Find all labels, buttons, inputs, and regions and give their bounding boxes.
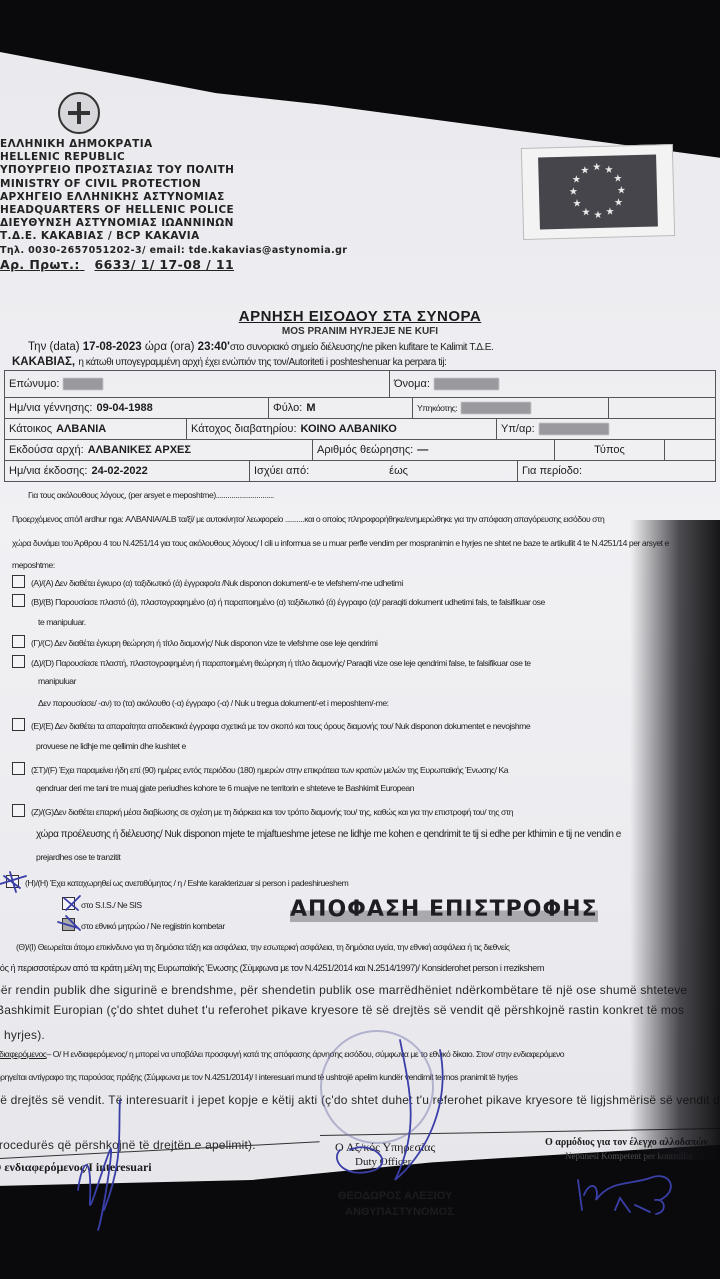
reason-text: (Δ)/(D) Παρουσίασε πλαστή, πλαστογραφημέ… <box>31 658 531 668</box>
sex-cell: Φύλο:M <box>269 398 413 418</box>
reason-text: (Β)/(Β) Παρουσίασε πλαστό (ά), πλαστογρα… <box>31 597 545 607</box>
appeal-label: Ενδιαφερόμενος <box>0 1049 46 1059</box>
passport-number-label: Υπ/αρ: <box>501 423 535 435</box>
reason-text: (ΣΤ)/(F) Έχει παραμείνει ήδη επί (90) ημ… <box>31 765 508 775</box>
star-icon: ★ <box>581 208 590 218</box>
theta-line-4: Bashkimit Europian (ç'do shtet duhet t'u… <box>0 1003 684 1017</box>
checkbox[interactable] <box>12 804 25 817</box>
reason-text: (Ζ)/(G)Δεν διαθέτει επαρκή μέσα διαβίωση… <box>31 807 513 817</box>
responsible-officer-gr: Ο αρμόδιος για τον έλεγχο αλλοδαπών <box>545 1137 708 1148</box>
star-icon: ★ <box>572 175 581 185</box>
origin-line: Προερχόμενος από/I ardhur nga: ΑΛΒΑΝΙΑ/A… <box>12 514 604 524</box>
eu-flag-icon: ★★★★★★★★★★★★ <box>521 144 675 240</box>
reason-g-cont: χώρα προέλευσης ή διέλευσης/ Nuk dispono… <box>36 829 621 840</box>
not-submitted-line: Δεν παρουσίασε/ -αν) το (τα) ακόλουθο (-… <box>38 698 389 708</box>
intro-text: Την (data) 17-08-2023 ώρα (ora) 23:40'στ… <box>12 340 712 370</box>
police-stamp <box>320 1030 434 1144</box>
reason-b-cont: te manipuluar. <box>38 617 86 627</box>
return-decision-heading: ΑΠΟΦΑΣΗ ΕΠΙΣΤΡΟΦΗΣ <box>290 897 598 922</box>
resident-label: Κάτοικος <box>9 423 52 435</box>
sub-reason-sis[interactable]: στο S.I.S./ Ne SIS <box>62 895 142 913</box>
surname-cell: Επώνυμο: <box>5 371 390 397</box>
table-row: Εκδούσα αρχή:ΑΛΒΑΝΙΚΕΣ ΑΡΧΕΣ Αριθμός θεώ… <box>4 440 716 461</box>
passport-holder-label: Κάτοχος διαβατηρίου: <box>191 423 297 435</box>
person-details-table: Επώνυμο: Όνομα: Ημ/νια γέννησης:09-04-19… <box>4 370 716 482</box>
theta-line-5: hyrjes). <box>4 1028 45 1042</box>
visa-number-label: Αριθμός θεώρησης: <box>317 444 413 456</box>
dob-cell: Ημ/νια γέννησης:09-04-1988 <box>5 398 269 418</box>
star-icon: ★ <box>580 166 589 176</box>
star-icon: ★ <box>605 207 614 217</box>
name-cell: Όνομα: <box>390 371 715 397</box>
sub-reason-text: στο S.I.S./ Ne SIS <box>81 900 142 910</box>
visa-number-cell: Αριθμός θεώρησης:— <box>313 440 555 460</box>
appeal-text: – Ο/ Η ενδιαφερόμενος/ η μπορεί να υποβά… <box>46 1049 564 1059</box>
sub-reason-text: στο εθνικό μητρώο / Ne regjistrin kombet… <box>81 921 225 931</box>
greek-coat-of-arms-icon <box>58 92 100 134</box>
header-line: Τ.Δ.Ε. ΚΑΚΑΒΙΑΣ / BCP KAKAVIA <box>0 230 347 243</box>
reasons-heading: Για τους ακόλουθους λόγους, (per arsyet … <box>28 490 274 500</box>
intro-place: ΚΑΚΑΒΙΑΣ, <box>12 356 75 368</box>
redacted-name <box>434 378 499 390</box>
redacted-passport-number <box>539 423 609 435</box>
issue-date-value: 24-02-2022 <box>91 465 147 477</box>
intro-rest: στο συνοριακό σημείο διέλευσης/ne piken … <box>230 342 494 353</box>
checkbox[interactable] <box>12 594 25 607</box>
issuing-authority-cell: Εκδούσα αρχή:ΑΛΒΑΝΙΚΕΣ ΑΡΧΕΣ <box>5 440 313 460</box>
reason-g[interactable]: (Ζ)/(G)Δεν διαθέτει επαρκή μέσα διαβίωση… <box>12 802 513 820</box>
reason-e[interactable]: (Ε)/(Ε) Δεν διαθέτει τα απαραίτητα αποδε… <box>12 716 530 734</box>
reason-g-cont-2: prejardhes ose te tranzitit <box>36 852 120 862</box>
sub-reason-national[interactable]: στο εθνικό μητρώο / Ne regjistrin kombet… <box>62 916 225 934</box>
document-subtitle: MOS PRANIM HYRJEJE NE KUFI <box>0 326 720 337</box>
reason-f-cont: qendruar deri me tani tre muaj gjate per… <box>36 783 414 793</box>
interested-party-label: Ο ενδιαφερόμενος/I interesuari <box>0 1160 152 1175</box>
redacted-surname <box>63 378 103 390</box>
until-label: έως <box>389 465 408 477</box>
sex-value: M <box>306 402 315 414</box>
issuing-label: Εκδούσα αρχή: <box>9 444 84 456</box>
passport-number-cell: Υπ/αρ: <box>497 419 715 439</box>
passport-holder-cell: Κάτοχος διαβατηρίου:ΚΟΙΝΟ ΑΛΒΑΝΙΚΟ <box>187 419 497 439</box>
header-contact: Τηλ. 0030-2657051202-3/ email: tde.kakav… <box>0 244 347 257</box>
intro-prefix: Την (data) <box>28 341 80 353</box>
checkbox[interactable] <box>12 762 25 775</box>
citizenship-label: Υπηκόοτης: <box>417 403 457 413</box>
header-line: ΕΛΛΗΝΙΚΗ ΔΗΜΟΚΡΑΤΙΑ <box>0 138 347 151</box>
checkbox-checked[interactable] <box>6 875 19 888</box>
empty-cell <box>665 440 715 460</box>
passport-holder-value: ΚΟΙΝΟ ΑΛΒΑΝΙΚΟ <box>301 423 397 435</box>
theta-line-2: ενός ή περισσοτέρων από τα κράτη μέλη τη… <box>0 963 544 973</box>
star-icon: ★ <box>613 174 622 184</box>
checkbox[interactable] <box>12 655 25 668</box>
responsible-officer-al: Nepunesi Kompetent per kontrollin <box>565 1151 693 1161</box>
header-line: HEADQUARTERS OF HELLENIC POLICE <box>0 204 347 217</box>
star-icon: ★ <box>592 163 601 173</box>
redacted-citizenship <box>461 402 531 414</box>
reason-text: (Γ)/(C) Δεν διαθέτει έγκυρη θεώρηση ή τί… <box>31 638 377 648</box>
issuing-value: ΑΛΒΑΝΙΚΕΣ ΑΡΧΕΣ <box>88 444 191 456</box>
officer-title-gr: Ο Αξ/κός Υπηρεσίας <box>335 1140 435 1155</box>
reason-d[interactable]: (Δ)/(D) Παρουσίασε πλαστή, πλαστογραφημέ… <box>12 653 531 671</box>
intro-time-label: ώρα (ora) <box>145 341 195 353</box>
star-icon: ★ <box>617 186 626 196</box>
star-icon: ★ <box>604 166 613 176</box>
header-line: ΥΠΟΥΡΓΕΙΟ ΠΡΟΣΤΑΣΙΑΣ ΤΟΥ ΠΟΛΙΤΗ <box>0 164 347 177</box>
header-line: ΔΙΕΥΘΥΝΣΗ ΑΣΤΥΝΟΜΙΑΣ ΙΩΑΝΝΙΝΩΝ <box>0 217 347 230</box>
officer-name: ΘΕΟΔΩΡΟΣ ΑΛΕΞΙΟΥ <box>338 1190 452 1202</box>
issue-date-label: Ημ/νια έκδοσης: <box>9 465 87 477</box>
reason-b[interactable]: (Β)/(Β) Παρουσίασε πλαστό (ά), πλαστογρα… <box>12 592 545 610</box>
reason-h[interactable]: (Η)/(Η) Έχει καταχωρηθεί ως ανεπιθύμητος… <box>6 873 348 891</box>
table-row: Ημ/νια έκδοσης:24-02-2022 Ισχύει από:έως… <box>4 461 716 482</box>
type-cell: Τύπος <box>555 440 665 460</box>
name-label: Όνομα: <box>394 378 430 390</box>
checkbox[interactable] <box>12 575 25 588</box>
checkbox[interactable] <box>12 635 25 648</box>
visa-number-value: — <box>417 444 428 456</box>
reason-c[interactable]: (Γ)/(C) Δεν διαθέτει έγκυρη θεώρηση ή τί… <box>12 633 377 651</box>
period-cell: Για περίοδο: <box>518 461 715 481</box>
checkbox-checked[interactable] <box>62 918 75 931</box>
appeal-line-4: procedurës që përshkojnë të drejtën e ap… <box>0 1138 256 1152</box>
intro-line2: η κάτωθι υπογεγραμμένη αρχή έχει ενώπιόν… <box>78 357 446 368</box>
protocol-value: 6633/ 1/ 17-08 / 11 <box>95 257 235 272</box>
reason-f[interactable]: (ΣΤ)/(F) Έχει παραμείνει ήδη επί (90) ημ… <box>12 760 508 778</box>
header-line: HELLENIC REPUBLIC <box>0 151 347 164</box>
protocol-number: Αρ. Πρωτ.: 6633/ 1/ 17-08 / 11 <box>0 258 347 271</box>
citizenship-cell: Υπηκόοτης: <box>413 398 609 418</box>
star-icon: ★ <box>593 211 602 221</box>
resident-cell: ΚάτοικοςΑΛΒΑΝΙΑ <box>5 419 187 439</box>
issue-date-cell: Ημ/νια έκδοσης:24-02-2022 <box>5 461 250 481</box>
reason-a[interactable]: (Α)/(Α) Δεν διαθέτει έγκυρο (α) ταξιδιωτ… <box>12 573 403 591</box>
reason-e-cont: provuese ne lidhje me qellimin dhe kusht… <box>36 741 186 751</box>
star-icon: ★ <box>569 188 578 198</box>
checkbox[interactable] <box>12 718 25 731</box>
reason-text: (Ε)/(Ε) Δεν διαθέτει τα απαραίτητα αποδε… <box>31 721 530 731</box>
reason-d-cont: manipuluar <box>38 676 76 686</box>
document-title: ΑΡΝΗΣΗ ΕΙΣΟΔΟΥ ΣΤΑ ΣΥΝΟΡΑ <box>0 308 720 325</box>
table-row: ΚάτοικοςΑΛΒΑΝΙΑ Κάτοχος διαβατηρίου:ΚΟΙΝ… <box>4 419 716 440</box>
resident-value: ΑΛΒΑΝΙΑ <box>56 423 106 435</box>
reason-text: (Η)/(Η) Έχει καταχωρηθεί ως ανεπιθύμητος… <box>25 878 348 888</box>
checkbox-checked[interactable] <box>62 897 75 910</box>
period-label: Για περίοδο: <box>522 465 582 477</box>
table-row: Ημ/νια γέννησης:09-04-1988 Φύλο:M Υπηκόο… <box>4 398 716 419</box>
valid-from-label: Ισχύει από: <box>254 465 309 477</box>
officer-rank: ΑΝΘΥΠΑΣΤΥΝΟΜΟΣ <box>345 1206 454 1218</box>
star-icon: ★ <box>614 198 623 208</box>
header-line: ΑΡΧΗΓΕΙΟ ΕΛΛΗΝΙΚΗΣ ΑΣΤΥΝΟΜΙΑΣ <box>0 191 347 204</box>
type-label: Τύπος <box>594 444 625 456</box>
star-icon: ★ <box>572 199 581 209</box>
intro-time: 23:40' <box>198 341 230 353</box>
surname-label: Επώνυμο: <box>9 378 59 390</box>
issuer-header: ΕΛΛΗΝΙΚΗ ΔΗΜΟΚΡΑΤΙΑ HELLENIC REPUBLIC ΥΠ… <box>0 138 347 271</box>
appeal-line-2: χορηγείται αντίγραφο της παρούσας πράξης… <box>0 1072 517 1082</box>
protocol-label: Αρ. Πρωτ.: <box>0 257 80 272</box>
origin-line-3: meposhtme: <box>12 560 55 570</box>
table-row: Επώνυμο: Όνομα: <box>4 370 716 398</box>
valid-from-cell: Ισχύει από:έως <box>250 461 518 481</box>
theta-line: (Θ)/(I) Θεωρείται άτομο επικίνδυνο για τ… <box>16 942 509 952</box>
officer-title-en: Duty Officer <box>355 1156 411 1168</box>
sex-label: Φύλο: <box>273 402 302 414</box>
dob-value: 09-04-1988 <box>96 402 152 414</box>
dob-label: Ημ/νια γέννησης: <box>9 402 92 414</box>
appeal-line: Ενδιαφερόμενος– Ο/ Η ενδιαφερόμενος/ η μ… <box>0 1049 564 1059</box>
reason-text: (Α)/(Α) Δεν διαθέτει έγκυρο (α) ταξιδιωτ… <box>31 578 403 588</box>
intro-date: 17-08-2023 <box>83 341 142 353</box>
origin-line-2: χώρα δυνάμει του Άρθρου 4 του Ν.4251/14 … <box>12 538 669 548</box>
empty-cell <box>609 398 715 418</box>
theta-line-3: për rendin publik dhe sigurinë e brendsh… <box>0 983 687 997</box>
header-line: MINISTRY OF CIVIL PROTECTION <box>0 178 347 191</box>
